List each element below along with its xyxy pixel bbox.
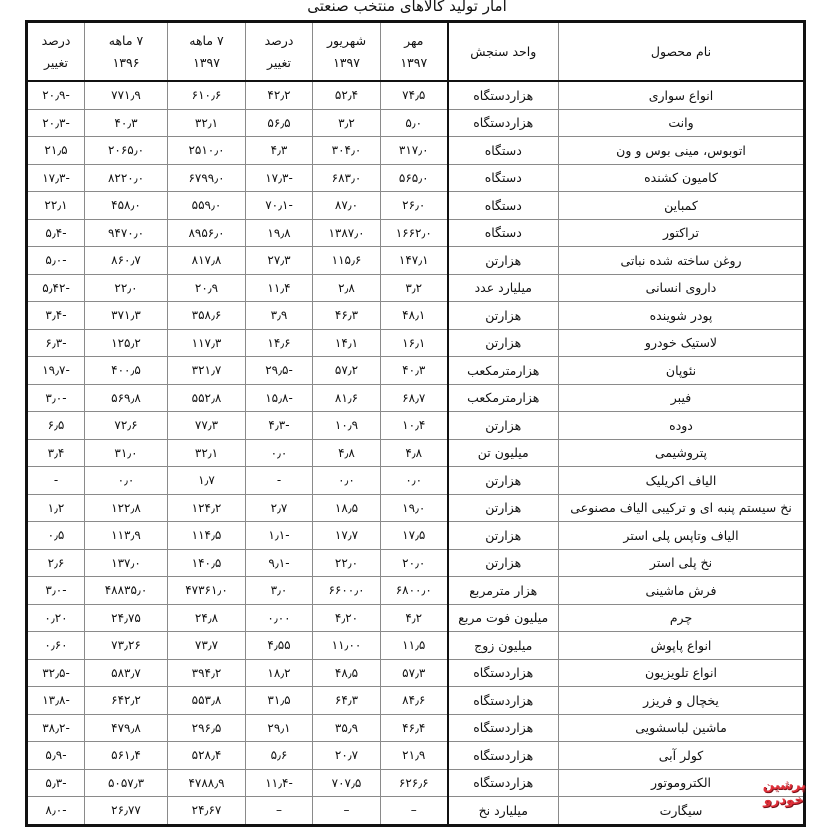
cell-pct-change-month: ۵۶٫۵ — [246, 109, 313, 137]
cell-7month-1397: ۳۲٫۱ — [168, 439, 246, 467]
cell-7month-1396: ۴۰۰٫۵ — [85, 357, 168, 385]
cell-7month-1397: ۱٫۷ — [168, 467, 246, 495]
cell-pct-change-7month: ۶٫۵ — [27, 412, 85, 440]
watermark-line2: خودرو — [763, 793, 805, 808]
cell-pct-change-month: -۷۰٫۱ — [246, 192, 313, 220]
cell-shahrivar-1397: ۳۵٫۹ — [313, 714, 381, 742]
cell-shahrivar-1397: ۲٫۸ — [313, 274, 381, 302]
table-row: پودر شویندههزارتن۴۸٫۱۴۶٫۳۳٫۹۳۵۸٫۶۳۷۱٫۳-۳… — [27, 302, 805, 330]
cell-pct-change-7month: ۰٫۲۰ — [27, 604, 85, 632]
cell-7month-1396: ۵۰۵۷٫۳ — [85, 769, 168, 797]
cell-7month-1397: ۵۵۳٫۸ — [168, 687, 246, 715]
cell-mehr-1397: ۵۶۵٫۰ — [381, 164, 448, 192]
cell-7month-1396: ۸۶۰٫۷ — [85, 247, 168, 275]
cell-product: وانت — [559, 109, 805, 137]
cell-7month-1396: ۱۲۵٫۲ — [85, 329, 168, 357]
cell-pct-change-7month: -۱۳٫۸ — [27, 687, 85, 715]
cell-7month-1396: ۵۶۱٫۴ — [85, 742, 168, 770]
cell-7month-1397: ۳۲٫۱ — [168, 109, 246, 137]
cell-7month-1396: ۸۲۲۰٫۰ — [85, 164, 168, 192]
cell-mehr-1397: ۱۴۷٫۱ — [381, 247, 448, 275]
table-row: کامیون کشندهدستگاه۵۶۵٫۰۶۸۳٫۰-۱۷٫۳۶۷۹۹٫۰۸… — [27, 164, 805, 192]
cell-mehr-1397: ۶۸۰۰٫۰ — [381, 577, 448, 605]
cell-shahrivar-1397: ۶۸۳٫۰ — [313, 164, 381, 192]
cell-unit: هزاردستگاه — [448, 81, 559, 109]
cell-shahrivar-1397: ۵۷٫۲ — [313, 357, 381, 385]
cell-7month-1396: ۷۷۱٫۹ — [85, 81, 168, 109]
cell-7month-1397: ۶۱۰٫۶ — [168, 81, 246, 109]
cell-mehr-1397: ۱۶۶۲٫۰ — [381, 219, 448, 247]
cell-unit: هزاردستگاه — [448, 687, 559, 715]
cell-7month-1396: ۷۳٫۲۶ — [85, 632, 168, 660]
cell-mehr-1397: ۴۸٫۱ — [381, 302, 448, 330]
header-mehr-1397: مهر۱۳۹۷ — [381, 22, 448, 82]
cell-pct-change-7month: -۲۰٫۳ — [27, 109, 85, 137]
cell-7month-1397: ۳۲۱٫۷ — [168, 357, 246, 385]
cell-product: الیاف وتاپس پلی استر — [559, 522, 805, 550]
table-row: انواع سواریهزاردستگاه۷۴٫۵۵۲٫۴۴۲٫۲۶۱۰٫۶۷۷… — [27, 81, 805, 109]
cell-product: الیاف اکریلیک — [559, 467, 805, 495]
cell-7month-1397: ۸۱۷٫۸ — [168, 247, 246, 275]
cell-product: کامیون کشنده — [559, 164, 805, 192]
cell-pct-change-7month: ۰٫۶۰ — [27, 632, 85, 660]
cell-mehr-1397: ۱۹٫۰ — [381, 494, 448, 522]
cell-mehr-1397: ۱۰٫۴ — [381, 412, 448, 440]
cell-unit: دستگاه — [448, 164, 559, 192]
cell-7month-1396: ۵۶۹٫۸ — [85, 384, 168, 412]
cell-product: فرش ماشینی — [559, 577, 805, 605]
cell-product: یخچال و فریزر — [559, 687, 805, 715]
cell-shahrivar-1397: ۴۸٫۵ — [313, 659, 381, 687]
cell-shahrivar-1397: ۸۷٫۰ — [313, 192, 381, 220]
cell-pct-change-month: ۱۸٫۲ — [246, 659, 313, 687]
cell-pct-change-month: - — [246, 467, 313, 495]
cell-7month-1396: ۴۰٫۳ — [85, 109, 168, 137]
cell-pct-change-month: ۵٫۶ — [246, 742, 313, 770]
cell-mehr-1397: ۲۶٫۰ — [381, 192, 448, 220]
cell-unit: هزاردستگاه — [448, 769, 559, 797]
cell-unit: دستگاه — [448, 137, 559, 165]
cell-shahrivar-1397: ۱۱٫۰۰ — [313, 632, 381, 660]
cell-mehr-1397: ۲۰٫۰ — [381, 549, 448, 577]
cell-shahrivar-1397: ۱۸٫۵ — [313, 494, 381, 522]
cell-7month-1396: ۲۰۶۵٫۰ — [85, 137, 168, 165]
cell-7month-1396: ۱۳۷٫۰ — [85, 549, 168, 577]
cell-pct-change-7month: ۰٫۵ — [27, 522, 85, 550]
cell-product: چرم — [559, 604, 805, 632]
cell-7month-1396: ۴۸۸۳۵٫۰ — [85, 577, 168, 605]
cell-mehr-1397: ۱۶٫۱ — [381, 329, 448, 357]
cell-pct-change-7month: -۵٫۳ — [27, 769, 85, 797]
cell-shahrivar-1397: ۶۴٫۳ — [313, 687, 381, 715]
cell-7month-1397: ۵۵۹٫۰ — [168, 192, 246, 220]
table-row: تراکتوردستگاه۱۶۶۲٫۰۱۳۸۷٫۰۱۹٫۸۸۹۵۶٫۰۹۴۷۰٫… — [27, 219, 805, 247]
cell-product: روغن ساخته شده نباتی — [559, 247, 805, 275]
cell-unit: هزارمترمکعب — [448, 384, 559, 412]
cell-7month-1396: ۱۱۳٫۹ — [85, 522, 168, 550]
cell-unit: هزارتن — [448, 247, 559, 275]
cell-7month-1396: ۲۶٫۷۷ — [85, 797, 168, 826]
cell-mehr-1397: ۴۰٫۳ — [381, 357, 448, 385]
cell-pct-change-7month: -۸٫۰ — [27, 797, 85, 826]
cell-product: انواع تلویزیون — [559, 659, 805, 687]
cell-product: نخ پلی استر — [559, 549, 805, 577]
cell-7month-1397: ۳۹۴٫۲ — [168, 659, 246, 687]
cell-7month-1397: ۶۷۹۹٫۰ — [168, 164, 246, 192]
cell-pct-change-7month: ۳٫۴ — [27, 439, 85, 467]
cell-pct-change-month: – — [246, 797, 313, 826]
cell-shahrivar-1397: ۴٫۲۰ — [313, 604, 381, 632]
cell-product: نخ سیستم پنبه ای و ترکیبی الیاف مصنوعی — [559, 494, 805, 522]
cell-shahrivar-1397: ۷۰۷٫۵ — [313, 769, 381, 797]
table-row: انواع پاپوشمیلیون زوج۱۱٫۵۱۱٫۰۰۴٫۵۵۷۳٫۷۷۳… — [27, 632, 805, 660]
cell-unit: هزاردستگاه — [448, 109, 559, 137]
cell-shahrivar-1397: ۱۱۵٫۶ — [313, 247, 381, 275]
cell-7month-1397: ۸۹۵۶٫۰ — [168, 219, 246, 247]
cell-pct-change-7month: ۲٫۶ — [27, 549, 85, 577]
table-row: دودههزارتن۱۰٫۴۱۰٫۹-۴٫۳۷۷٫۳۷۲٫۶۶٫۵ — [27, 412, 805, 440]
cell-pct-change-month: ۱۹٫۸ — [246, 219, 313, 247]
cell-shahrivar-1397: ۴٫۸ — [313, 439, 381, 467]
cell-pct-change-month: ۴٫۵۵ — [246, 632, 313, 660]
cell-product: ماشین لباسشویی — [559, 714, 805, 742]
cell-pct-change-month: -۲۹٫۵ — [246, 357, 313, 385]
cell-7month-1396: ۴۷۹٫۸ — [85, 714, 168, 742]
cell-shahrivar-1397: ۸۱٫۶ — [313, 384, 381, 412]
cell-pct-change-month: ۱۱٫۴ — [246, 274, 313, 302]
cell-unit: میلیارد نخ — [448, 797, 559, 826]
cell-mehr-1397: ۴٫۸ — [381, 439, 448, 467]
table-row: روغن ساخته شده نباتیهزارتن۱۴۷٫۱۱۱۵٫۶۲۷٫۳… — [27, 247, 805, 275]
cell-pct-change-month: ۳٫۹ — [246, 302, 313, 330]
cell-pct-change-7month: ۲۲٫۱ — [27, 192, 85, 220]
cell-7month-1396: ۳۱٫۰ — [85, 439, 168, 467]
cell-7month-1397: ۲۴٫۸ — [168, 604, 246, 632]
cell-mehr-1397: ۳٫۲ — [381, 274, 448, 302]
table-row: لاستیک خودروهزارتن۱۶٫۱۱۴٫۱۱۴٫۶۱۱۷٫۳۱۲۵٫۲… — [27, 329, 805, 357]
cell-product: نئوپان — [559, 357, 805, 385]
cell-unit: هزارتن — [448, 412, 559, 440]
cell-unit: هزارتن — [448, 302, 559, 330]
cell-product: داروی انسانی — [559, 274, 805, 302]
cell-pct-change-7month: -۶٫۳ — [27, 329, 85, 357]
cell-pct-change-7month: -۳٫۴ — [27, 302, 85, 330]
cell-mehr-1397: ۴٫۲ — [381, 604, 448, 632]
cell-mehr-1397: ۷۴٫۵ — [381, 81, 448, 109]
cell-product: پتروشیمی — [559, 439, 805, 467]
table-row: فرش ماشینیهزار مترمربع۶۸۰۰٫۰۶۶۰۰٫۰۳٫۰۴۷۳… — [27, 577, 805, 605]
cell-7month-1397: ۷۳٫۷ — [168, 632, 246, 660]
cell-pct-change-month: ۲۹٫۱ — [246, 714, 313, 742]
cell-mehr-1397: ۱۱٫۵ — [381, 632, 448, 660]
cell-pct-change-month: -۹٫۱ — [246, 549, 313, 577]
cell-shahrivar-1397: ۲۰٫۷ — [313, 742, 381, 770]
cell-product: انواع پاپوش — [559, 632, 805, 660]
cell-product: اتوبوس، مینی بوس و ون — [559, 137, 805, 165]
cell-7month-1396: ۲۲٫۰ — [85, 274, 168, 302]
cell-pct-change-7month: -۳۸٫۲ — [27, 714, 85, 742]
table-row: کولر آبیهزاردستگاه۲۱٫۹۲۰٫۷۵٫۶۵۲۸٫۴۵۶۱٫۴-… — [27, 742, 805, 770]
cell-shahrivar-1397: ۵۲٫۴ — [313, 81, 381, 109]
cell-unit: هزاردستگاه — [448, 714, 559, 742]
table-row: ماشین لباسشوییهزاردستگاه۴۶٫۴۳۵٫۹۲۹٫۱۲۹۶٫… — [27, 714, 805, 742]
cell-unit: هزارمترمکعب — [448, 357, 559, 385]
table-row: اتوبوس، مینی بوس و وندستگاه۳۱۷٫۰۳۰۴٫۰۴٫۳… — [27, 137, 805, 165]
cell-unit: میلیارد عدد — [448, 274, 559, 302]
cell-7month-1397: ۲۴٫۶۷ — [168, 797, 246, 826]
cell-7month-1397: ۱۴۰٫۵ — [168, 549, 246, 577]
cell-mehr-1397: ۴۶٫۴ — [381, 714, 448, 742]
table-title: آمار تولید کالاهای منتخب صنعتی — [0, 0, 814, 15]
table-row: سیگارتمیلیارد نخ–––۲۴٫۶۷۲۶٫۷۷-۸٫۰ — [27, 797, 805, 826]
cell-pct-change-7month: ۲۱٫۵ — [27, 137, 85, 165]
cell-mehr-1397: ۵٫۰ — [381, 109, 448, 137]
cell-7month-1397: ۳۵۸٫۶ — [168, 302, 246, 330]
cell-pct-change-month: -۱٫۱ — [246, 522, 313, 550]
cell-unit: دستگاه — [448, 192, 559, 220]
cell-pct-change-month: -۱۵٫۸ — [246, 384, 313, 412]
cell-unit: هزارتن — [448, 522, 559, 550]
cell-unit: هزارتن — [448, 549, 559, 577]
cell-pct-change-7month: -۵٫۹ — [27, 742, 85, 770]
cell-unit: هزارتن — [448, 494, 559, 522]
cell-7month-1397: ۵۲۸٫۴ — [168, 742, 246, 770]
cell-7month-1396: ۲۴٫۷۵ — [85, 604, 168, 632]
cell-pct-change-month: ۱۴٫۶ — [246, 329, 313, 357]
cell-product: انواع سواری — [559, 81, 805, 109]
table-row: پتروشیمیمیلیون تن۴٫۸۴٫۸۰٫۰۳۲٫۱۳۱٫۰۳٫۴ — [27, 439, 805, 467]
cell-7month-1396: ۳۷۱٫۳ — [85, 302, 168, 330]
table-row: داروی انسانیمیلیارد عدد۳٫۲۲٫۸۱۱٫۴۲۰٫۹۲۲٫… — [27, 274, 805, 302]
cell-product: کمباین — [559, 192, 805, 220]
cell-shahrivar-1397: ۱۳۸۷٫۰ — [313, 219, 381, 247]
cell-product: کولر آبی — [559, 742, 805, 770]
table-row: الیاف اکریلیکهزارتن۰٫۰۰٫۰-۱٫۷۰٫۰- — [27, 467, 805, 495]
header-pct-change-7month: درصدتغییر — [27, 22, 85, 82]
cell-shahrivar-1397: ۳٫۲ — [313, 109, 381, 137]
cell-shahrivar-1397: – — [313, 797, 381, 826]
cell-pct-change-month: -۴٫۳ — [246, 412, 313, 440]
cell-shahrivar-1397: ۳۰۴٫۰ — [313, 137, 381, 165]
cell-unit: هزار مترمربع — [448, 577, 559, 605]
cell-shahrivar-1397: ۴۶٫۳ — [313, 302, 381, 330]
table-row: الیاف وتاپس پلی استرهزارتن۱۷٫۵۱۷٫۷-۱٫۱۱۱… — [27, 522, 805, 550]
cell-pct-change-month: ۰٫۰ — [246, 439, 313, 467]
industrial-production-table: نام محصول واحد سنجش مهر۱۳۹۷ شهریور۱۳۹۷ د… — [25, 20, 806, 827]
cell-pct-change-7month: -۱۹٫۷ — [27, 357, 85, 385]
cell-mehr-1397: ۳۱۷٫۰ — [381, 137, 448, 165]
table-row: یخچال و فریزرهزاردستگاه۸۴٫۶۶۴٫۳۳۱٫۵۵۵۳٫۸… — [27, 687, 805, 715]
cell-mehr-1397: ۵۷٫۳ — [381, 659, 448, 687]
cell-unit: هزارتن — [448, 329, 559, 357]
table-row: وانتهزاردستگاه۵٫۰۳٫۲۵۶٫۵۳۲٫۱۴۰٫۳-۲۰٫۳ — [27, 109, 805, 137]
cell-7month-1397: ۲۰٫۹ — [168, 274, 246, 302]
cell-shahrivar-1397: ۱۰٫۹ — [313, 412, 381, 440]
cell-product: پودر شوینده — [559, 302, 805, 330]
cell-7month-1397: ۲۵۱۰٫۰ — [168, 137, 246, 165]
table-row: فیبرهزارمترمکعب۶۸٫۷۸۱٫۶-۱۵٫۸۵۵۲٫۸۵۶۹٫۸-۳… — [27, 384, 805, 412]
cell-pct-change-month: -۱۱٫۴ — [246, 769, 313, 797]
cell-mehr-1397: ۶۲۶٫۶ — [381, 769, 448, 797]
cell-product: دوده — [559, 412, 805, 440]
cell-product: لاستیک خودرو — [559, 329, 805, 357]
table-row: الکتروموتورهزاردستگاه۶۲۶٫۶۷۰۷٫۵-۱۱٫۴۴۷۸۸… — [27, 769, 805, 797]
cell-unit: میلیون زوج — [448, 632, 559, 660]
header-product: نام محصول — [559, 22, 805, 82]
cell-product: تراکتور — [559, 219, 805, 247]
cell-pct-change-7month: ۱٫۲ — [27, 494, 85, 522]
cell-7month-1396: ۴۵۸٫۰ — [85, 192, 168, 220]
header-shahrivar-1397: شهریور۱۳۹۷ — [313, 22, 381, 82]
cell-mehr-1397: ۲۱٫۹ — [381, 742, 448, 770]
cell-unit: هزاردستگاه — [448, 742, 559, 770]
cell-mehr-1397: ۶۸٫۷ — [381, 384, 448, 412]
cell-mehr-1397: ۰٫۰ — [381, 467, 448, 495]
table-row: نئوپانهزارمترمکعب۴۰٫۳۵۷٫۲-۲۹٫۵۳۲۱٫۷۴۰۰٫۵… — [27, 357, 805, 385]
cell-pct-change-month: ۲٫۷ — [246, 494, 313, 522]
cell-shahrivar-1397: ۱۷٫۷ — [313, 522, 381, 550]
cell-7month-1397: ۲۹۶٫۵ — [168, 714, 246, 742]
cell-pct-change-month: ۴٫۳ — [246, 137, 313, 165]
watermark-logo: پرشین خودرو — [761, 778, 807, 822]
cell-shahrivar-1397: ۰٫۰ — [313, 467, 381, 495]
cell-mehr-1397: ۸۴٫۶ — [381, 687, 448, 715]
table-row: انواع تلویزیونهزاردستگاه۵۷٫۳۴۸٫۵۱۸٫۲۳۹۴٫… — [27, 659, 805, 687]
cell-pct-change-month: ۳۱٫۵ — [246, 687, 313, 715]
cell-pct-change-month: ۳٫۰ — [246, 577, 313, 605]
cell-7month-1396: ۹۴۷۰٫۰ — [85, 219, 168, 247]
table-row: نخ پلی استرهزارتن۲۰٫۰۲۲٫۰-۹٫۱۱۴۰٫۵۱۳۷٫۰۲… — [27, 549, 805, 577]
cell-pct-change-7month: -۵٫۰ — [27, 247, 85, 275]
cell-7month-1397: ۱۱۷٫۳ — [168, 329, 246, 357]
cell-unit: هزارتن — [448, 467, 559, 495]
cell-unit: میلیون فوت مربع — [448, 604, 559, 632]
cell-shahrivar-1397: ۲۲٫۰ — [313, 549, 381, 577]
cell-pct-change-month: ۴۲٫۲ — [246, 81, 313, 109]
cell-7month-1397: ۴۷۸۸٫۹ — [168, 769, 246, 797]
header-pct-change-month: درصدتغییر — [246, 22, 313, 82]
cell-mehr-1397: – — [381, 797, 448, 826]
cell-unit: هزاردستگاه — [448, 659, 559, 687]
cell-pct-change-7month: -۳۲٫۵ — [27, 659, 85, 687]
cell-7month-1396: ۰٫۰ — [85, 467, 168, 495]
header-row: نام محصول واحد سنجش مهر۱۳۹۷ شهریور۱۳۹۷ د… — [27, 22, 805, 82]
cell-7month-1396: ۶۴۲٫۲ — [85, 687, 168, 715]
cell-7month-1397: ۵۵۲٫۸ — [168, 384, 246, 412]
cell-pct-change-7month: - — [27, 467, 85, 495]
watermark-line1: پرشین — [765, 778, 807, 793]
table-row: کمبایندستگاه۲۶٫۰۸۷٫۰-۷۰٫۱۵۵۹٫۰۴۵۸٫۰۲۲٫۱ — [27, 192, 805, 220]
cell-7month-1397: ۱۲۴٫۲ — [168, 494, 246, 522]
cell-pct-change-7month: -۳٫۰ — [27, 577, 85, 605]
cell-pct-change-month: -۱۷٫۳ — [246, 164, 313, 192]
cell-pct-change-7month: -۵٫۴ — [27, 219, 85, 247]
cell-7month-1396: ۷۲٫۶ — [85, 412, 168, 440]
cell-pct-change-7month: -۳٫۰ — [27, 384, 85, 412]
cell-product: فیبر — [559, 384, 805, 412]
cell-7month-1397: ۴۷۳۶۱٫۰ — [168, 577, 246, 605]
cell-pct-change-7month: -۲۰٫۹ — [27, 81, 85, 109]
header-unit: واحد سنجش — [448, 22, 559, 82]
cell-mehr-1397: ۱۷٫۵ — [381, 522, 448, 550]
cell-pct-change-7month: -۱۷٫۳ — [27, 164, 85, 192]
cell-pct-change-month: ۰٫۰۰ — [246, 604, 313, 632]
cell-pct-change-month: ۲۷٫۳ — [246, 247, 313, 275]
table-row: چرممیلیون فوت مربع۴٫۲۴٫۲۰۰٫۰۰۲۴٫۸۲۴٫۷۵۰٫… — [27, 604, 805, 632]
cell-7month-1397: ۷۷٫۳ — [168, 412, 246, 440]
cell-shahrivar-1397: ۱۴٫۱ — [313, 329, 381, 357]
cell-7month-1396: ۵۸۳٫۷ — [85, 659, 168, 687]
cell-unit: دستگاه — [448, 219, 559, 247]
cell-7month-1397: ۱۱۴٫۵ — [168, 522, 246, 550]
cell-shahrivar-1397: ۶۶۰۰٫۰ — [313, 577, 381, 605]
cell-pct-change-7month: -۵٫۴۲ — [27, 274, 85, 302]
cell-unit: میلیون تن — [448, 439, 559, 467]
header-7month-1396: ۷ ماهه۱۳۹۶ — [85, 22, 168, 82]
cell-7month-1396: ۱۲۲٫۸ — [85, 494, 168, 522]
header-7month-1397: ۷ ماهه۱۳۹۷ — [168, 22, 246, 82]
table-row: نخ سیستم پنبه ای و ترکیبی الیاف مصنوعیهز… — [27, 494, 805, 522]
